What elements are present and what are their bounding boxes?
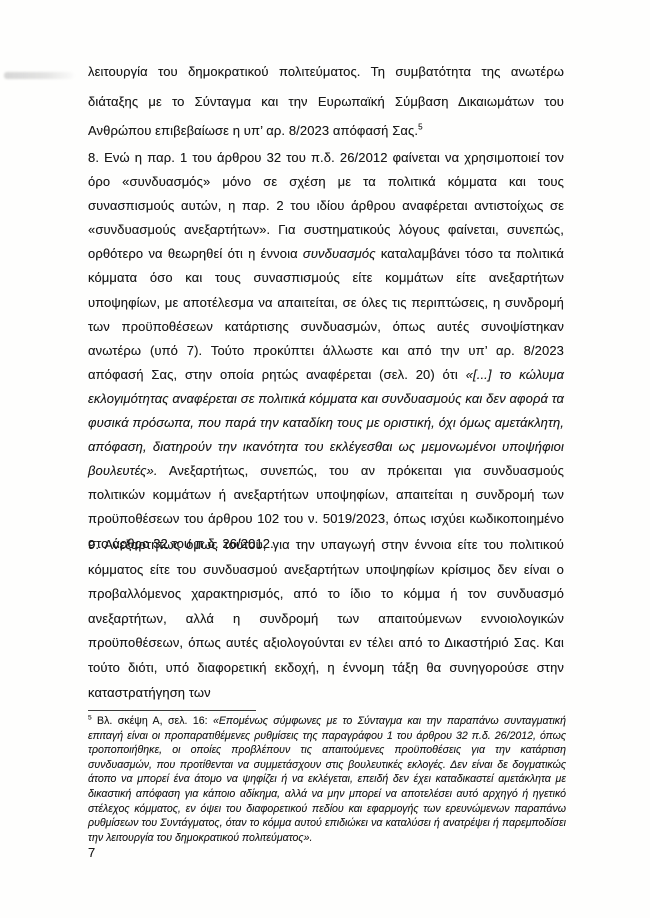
footnote-text: 5 Βλ. σκέψη Α, σελ. 16: «Επομένως σύμφων… [88,714,566,845]
paragraph-intro: λειτουργία του δημοκρατικού πολιτεύματος… [88,57,564,146]
page-number: 7 [88,845,95,860]
italic-text-run: «[...] το κώλυμα εκλογιμότητας αναφέρετα… [88,367,564,478]
paragraph-8: 8. Ενώ η παρ. 1 του άρθρου 32 του π.δ. 2… [88,146,564,556]
text-run: καταλαμβάνει τόσο τα πολιτικά κόμματα όσ… [88,246,564,381]
paragraph-9: 9. Ανεξαρτήτως όμως τούτου, για την υπαγ… [88,533,564,705]
text-run: 9. Ανεξαρτήτως όμως τούτου, για την υπαγ… [88,537,564,700]
text-run: Βλ. σκέψη Α, σελ. 16: [92,715,213,727]
text-run: 8. Ενώ η παρ. 1 του άρθρου 32 του π.δ. 2… [88,150,564,261]
italic-text-run: «Επομένως σύμφωνες με το Σύνταγμα και τη… [88,715,566,844]
document-page: λειτουργία του δημοκρατικού πολιτεύματος… [0,0,650,918]
text-run: λειτουργία του δημοκρατικού πολιτεύματος… [88,64,564,138]
scan-smudge-artifact [4,72,74,79]
italic-text-run: συνδυασμός [303,246,376,261]
footnote-reference-mark: 5 [418,123,423,132]
footnote-separator-rule [88,710,256,711]
